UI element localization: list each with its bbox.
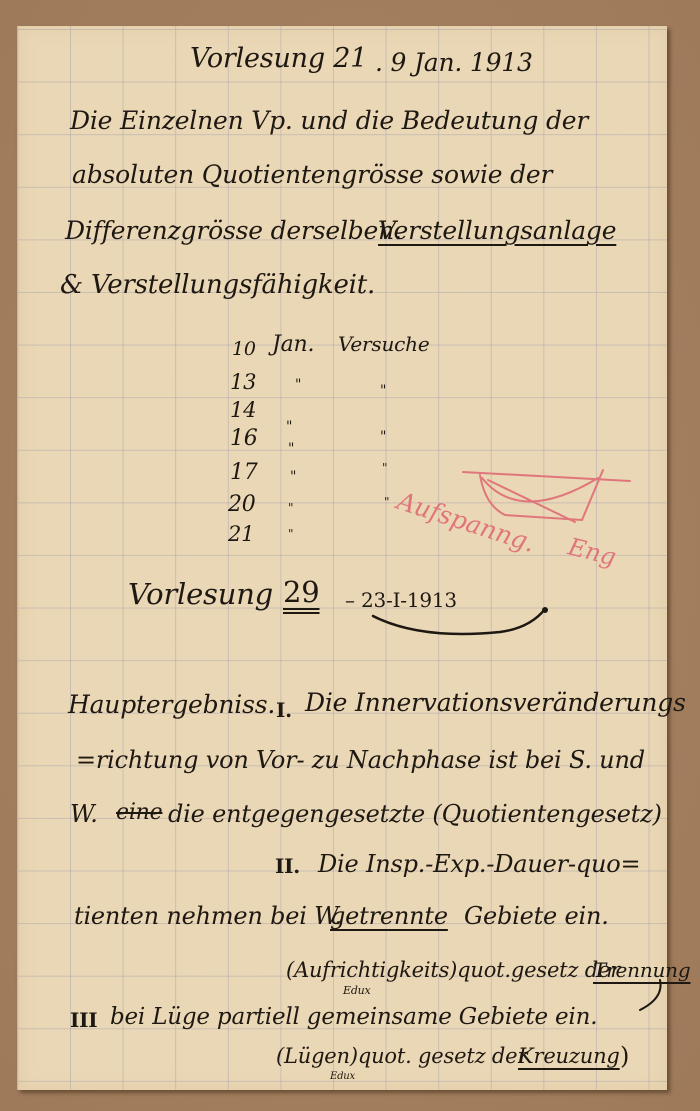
lecture-21-heading: Vorlesung 21 xyxy=(190,45,367,72)
ditto-mark: " xyxy=(288,502,293,514)
result-1-line-2: =richtung von Vor- zu Nachphase ist bei … xyxy=(76,748,645,772)
experiment-day: 10 xyxy=(232,340,256,359)
lecture-21-line-4: & Verstellungsfähigkeit. xyxy=(60,272,375,298)
result-3-note-underlined: Kreuzung xyxy=(518,1046,620,1067)
result-2-underlined: getrennte xyxy=(330,904,448,928)
result-1-line-3-prefix: W. xyxy=(70,802,98,826)
experiment-label: Versuche xyxy=(338,334,429,354)
experiment-day: 13 xyxy=(230,372,256,393)
result-2-line-1: Die Insp.-Exp.-Dauer-quo= xyxy=(318,852,640,876)
result-2-line-3: Gebiete ein. xyxy=(464,904,609,928)
result-2-numeral: II. xyxy=(275,856,300,876)
ditto-mark: " xyxy=(286,420,292,434)
ditto-mark: " xyxy=(384,496,389,508)
result-1-line-3: die entgegengesetzte (Quotientengesetz) xyxy=(168,802,662,826)
result-3-numeral: III xyxy=(70,1010,97,1030)
lecture-29-date: – 23-I-1913 xyxy=(345,590,457,610)
lecture-29-heading: Vorlesung xyxy=(128,580,273,609)
ditto-mark: " xyxy=(380,384,386,398)
lecture-21-line-2: absoluten Quotientengrösse sowie der xyxy=(72,162,552,187)
ditto-mark: " xyxy=(295,378,301,392)
ditto-mark: " xyxy=(380,430,386,444)
experiment-day: 20 xyxy=(228,494,256,516)
experiment-day: 16 xyxy=(230,428,258,450)
lecture-29-number: 29 xyxy=(283,578,320,607)
result-2-note-insert: Edux xyxy=(343,985,371,996)
lecture-21-line-3: Differenzgrösse derselben. xyxy=(65,218,402,243)
result-2-note: (Aufrichtigkeits)quot.gesetz der xyxy=(286,960,620,981)
lecture-21-line-1: Die Einzelnen Vp. und die Bedeutung der xyxy=(70,108,588,133)
experiment-month: Jan. xyxy=(272,334,314,356)
result-3-line: bei Lüge partiell gemeinsame Gebiete ein… xyxy=(110,1006,597,1029)
result-2-line-2: tienten nehmen bei W. xyxy=(74,904,342,928)
ditto-mark: " xyxy=(290,470,296,484)
result-1-numeral: I. xyxy=(276,700,292,720)
experiment-day: 21 xyxy=(228,524,254,545)
result-2-note-underlined: Trennung xyxy=(593,960,690,980)
ditto-mark: " xyxy=(288,528,293,540)
ditto-mark: " xyxy=(288,442,294,456)
experiment-day: 17 xyxy=(230,462,258,484)
result-1-line-1: Die Innervationsveränderungs xyxy=(305,690,686,715)
lecture-21-underlined-term: Verstellungsanlage xyxy=(378,218,616,243)
struck-word: eine xyxy=(116,802,162,824)
experiment-day: 14 xyxy=(230,400,256,421)
lecture-21-date: . 9 Jan. 1913 xyxy=(375,50,533,75)
result-3-note-insert: Edux xyxy=(330,1072,355,1082)
results-intro: Hauptergebniss. xyxy=(68,692,275,717)
ditto-mark: " xyxy=(382,462,387,474)
result-3-note: (Lügen)quot. gesetz der xyxy=(276,1046,527,1067)
result-3-note-close: ) xyxy=(620,1044,629,1068)
